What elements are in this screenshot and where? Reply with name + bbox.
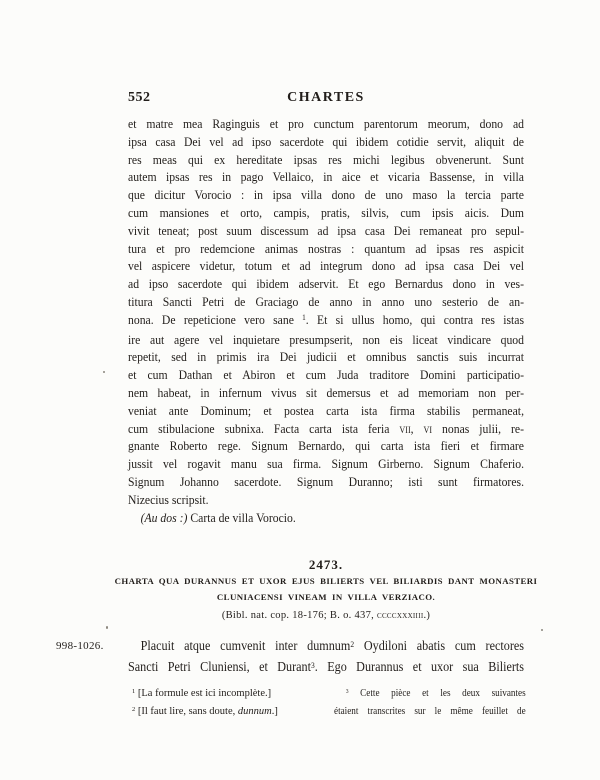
text-line: ipsa casa Dei vel ad ipso sacerdote qui … xyxy=(128,133,524,151)
text-line: veniat ante Dominum; et postea carta ist… xyxy=(128,402,524,420)
footnotes-left-column: 1 [La formule est ici incomplète.]2 [Il … xyxy=(132,685,278,721)
text-line: cum mansiones et orto, campis, pratis, s… xyxy=(128,204,524,222)
text-line: tura et pro redemcione animas nostras : … xyxy=(128,240,524,258)
text-line: Signum Johanno sacerdote. Signum Duranno… xyxy=(128,473,524,491)
text-line: Placuit atque cumvenit inter dumnum2 Oyd… xyxy=(128,636,524,657)
scan-speck xyxy=(103,371,105,373)
text-line: res meas qui ex hereditate ipsas res mic… xyxy=(128,151,524,169)
text-line: nem habeat, in infernum vivus sit demers… xyxy=(128,384,524,402)
text-line: 2 [Il faut lire, sans doute, dunnum.] xyxy=(132,703,278,721)
charter-2473-opening-text: Placuit atque cumvenit inter dumnum2 Oyd… xyxy=(128,636,524,678)
text-line: nona. De repeticione vero sane 1. Et si … xyxy=(128,311,524,331)
charter-title-line-2: CLUNIACENSI VINEAM IN VILLA VERZIACO. xyxy=(26,592,600,602)
text-line: 3 Cette pièce et les deux suivantes xyxy=(334,685,526,703)
text-line: 1 [La formule est ici incomplète.] xyxy=(132,685,278,703)
charter-number: 2473. xyxy=(128,557,524,573)
running-title: CHARTES xyxy=(128,90,524,106)
margin-date-note: 998-1026. xyxy=(56,640,104,652)
book-page-scan: 552 CHARTES et matre mea Raginguis et pr… xyxy=(0,0,600,780)
text-line: que dicitur Vorocio : in ipsa villa dono… xyxy=(128,186,524,204)
text-line: vivit teneat; post suum discessum ad ips… xyxy=(128,222,524,240)
text-line: titura Sancti Petri de Graciago de anno … xyxy=(128,293,524,311)
text-line: gnante Roberto rege. Signum Bernardo, qu… xyxy=(128,437,524,455)
scan-speck xyxy=(541,629,543,631)
text-line: cum stibulacione subnixa. Facta carta is… xyxy=(128,420,524,438)
text-line: Nizecius scripsit. xyxy=(128,491,524,509)
page-header: 552 CHARTES xyxy=(128,90,524,108)
scan-speck xyxy=(106,626,108,629)
text-line: autem ipsas res in pago Vellaico, in aic… xyxy=(128,168,524,186)
text-line: ad ipso sacerdote qui ibidem adservit. E… xyxy=(128,275,524,293)
charter-source-reference: (Bibl. nat. cop. 18-176; B. o. 437, cccc… xyxy=(26,610,600,621)
text-line: et cum Dathan et Abiron et cum Juda trad… xyxy=(128,366,524,384)
text-line: jussit vel rogavit manu sua firma. Signu… xyxy=(128,455,524,473)
text-line: et matre mea Raginguis et pro cunctum pa… xyxy=(128,115,524,133)
text-line: repetit, sed in primis ira Dei judicii e… xyxy=(128,348,524,366)
text-line: ire aut agere vel inquietare presumpseri… xyxy=(128,331,524,349)
text-line: étaient transcrites sur le même feuillet… xyxy=(334,703,526,720)
text-line: vel aspicere videtur, totum et ad integr… xyxy=(128,257,524,275)
text-line: Sancti Petri Cluniensi, et Durant3. Ego … xyxy=(128,657,524,678)
charter-title-line-1: CHARTA QUA DURANNUS ET UXOR EJUS BILIERT… xyxy=(26,576,600,586)
text-line: (Au dos :) Carta de villa Vorocio. xyxy=(128,509,524,527)
footnotes-right-column: 3 Cette pièce et les deux suivantesétaie… xyxy=(334,685,526,720)
text-line: (Bibl. nat. cop. 18-176; B. o. 437, cccc… xyxy=(26,610,600,621)
charter-2472-body: et matre mea Raginguis et pro cunctum pa… xyxy=(128,115,524,526)
